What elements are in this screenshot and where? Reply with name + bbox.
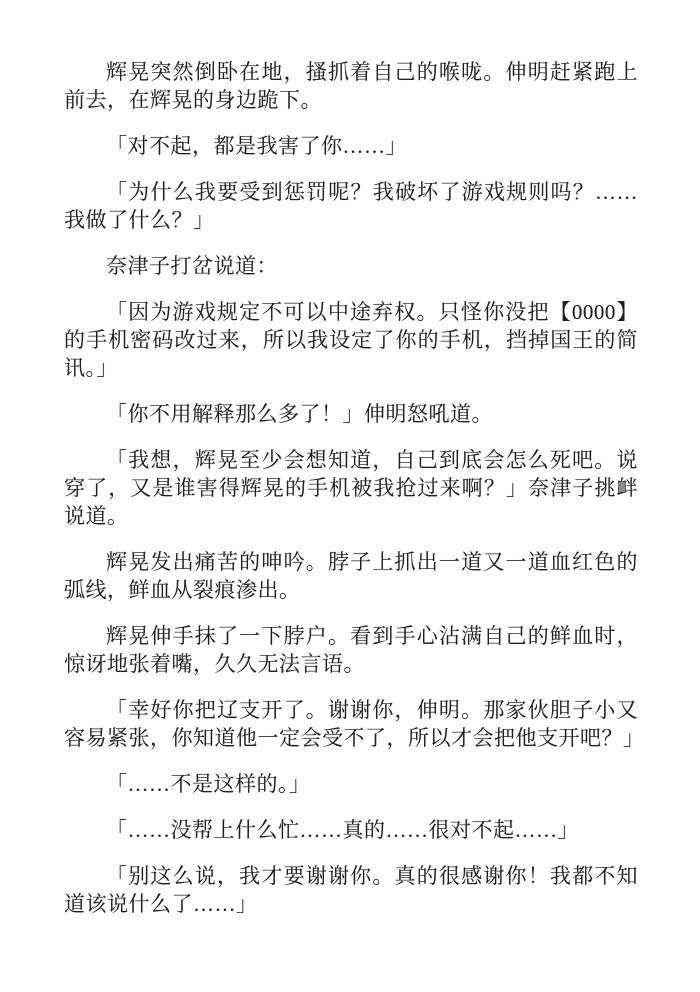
paragraph-dialogue-4: 「你不用解释那么多了！」伸明怒吼道。: [64, 400, 638, 428]
paragraph-dialogue-1: 「对不起，都是我害了你……」: [64, 132, 638, 160]
paragraph-dialogue-9: 「别这么说，我才要谢谢你。真的很感谢你！我都不知道该说什么了……」: [64, 862, 638, 918]
paragraph-narration-3: 辉晃发出痛苦的呻吟。脖子上抓出一道又一道血红色的弧线，鲜血从裂痕渗出。: [64, 548, 638, 604]
page-content: 辉晃突然倒卧在地，搔抓着自己的喉咙。伸明赶紧跑上前去，在辉晃的身边跪下。 「对不…: [64, 58, 638, 918]
paragraph-dialogue-2: 「为什么我要受到惩罚呢？我破坏了游戏规则吗？……我做了什么？」: [64, 178, 638, 234]
paragraph-dialogue-8: 「……没帮上什么忙……真的……很对不起……」: [64, 816, 638, 844]
paragraph-dialogue-3: 「因为游戏规定不可以中途弃权。只怪你没把【0000】的手机密码改过来，所以我设定…: [64, 298, 638, 382]
paragraph-dialogue-5: 「我想，辉晃至少会想知道，自己到底会怎么死吧。说穿了，又是谁害得辉晃的手机被我抢…: [64, 446, 638, 530]
paragraph-dialogue-6: 「幸好你把辽支开了。谢谢你，伸明。那家伙胆子小又容易紧张，你知道他一定会受不了，…: [64, 696, 638, 752]
paragraph-narration-1: 辉晃突然倒卧在地，搔抓着自己的喉咙。伸明赶紧跑上前去，在辉晃的身边跪下。: [64, 58, 638, 114]
novel-page: 辉晃突然倒卧在地，搔抓着自己的喉咙。伸明赶紧跑上前去，在辉晃的身边跪下。 「对不…: [0, 0, 700, 992]
paragraph-dialogue-7: 「……不是这样的。」: [64, 770, 638, 798]
paragraph-narration-2: 奈津子打岔说道：: [64, 252, 638, 280]
paragraph-narration-4: 辉晃伸手抹了一下脖户。看到手心沾满自己的鲜血时，惊讶地张着嘴，久久无法言语。: [64, 622, 638, 678]
